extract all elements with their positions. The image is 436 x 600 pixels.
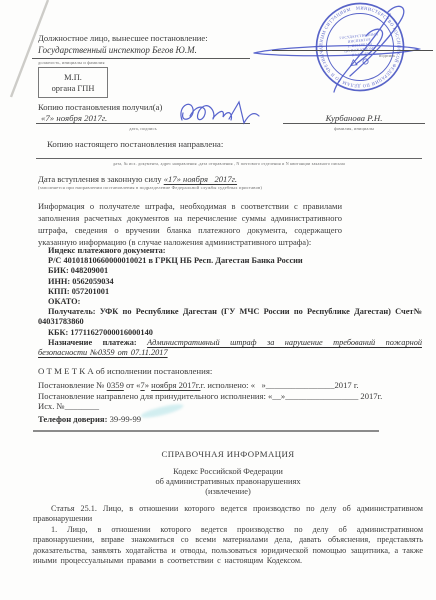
copy-sent-label: Копию настоящего постановления направлен… [47, 139, 223, 149]
signature-caption: подпись [379, 53, 395, 58]
exec-l1-month: ноября 2017г. [151, 380, 200, 390]
official-underline [32, 58, 250, 59]
payment-bik: БИК: 048209001 [38, 266, 422, 276]
reference-title: СПРАВОЧНАЯ ИНФОРМАЦИЯ [33, 449, 423, 459]
exec-l2-year: 2017г. [358, 391, 382, 401]
legal-force-line: Дата вступления в законную силу «17» ноя… [38, 174, 237, 184]
payment-kpp: КПП: 057201001 [38, 287, 422, 297]
legal-force-date: «17» ноября 2017г. [164, 174, 237, 184]
section-divider [33, 430, 379, 432]
reference-subtitle3: (извлечение) [33, 487, 423, 497]
copy-received-label: Копию постановления получил(а) [38, 102, 162, 112]
stamp-rings: МИНИСТЕРСТВО РОССИЙСКОЙ ФЕДЕРАЦИИ ПО ДЕЛ… [312, 0, 408, 95]
seal-box-line2: органа ГПН [52, 83, 95, 94]
payment-inn: ИНН: 0562059034 [38, 277, 422, 287]
copy-sent-caption: дата, № исх. документа, адрес направлени… [36, 161, 422, 166]
legal-force-label: Дата вступления в законную силу [38, 174, 162, 184]
exec-l1-seg: от « [124, 380, 141, 390]
exec-l2-seg: Постановление направлено для принудитель… [38, 391, 285, 401]
payment-kbk: КБК: 17711627000016000140 [38, 328, 422, 338]
payment-purpose-label: Назначение платежа: [48, 338, 137, 347]
name-underline [283, 123, 425, 124]
reference-article-body: 1. Лицо, в отношении которого ведется пр… [33, 525, 423, 567]
name-caption: фамилия, инициалы [283, 126, 425, 131]
official-caption: должность, инициалы и фамилия [38, 60, 105, 65]
phone-value: 39-99-99 [110, 414, 142, 424]
reference-section: СПРАВОЧНАЯ ИНФОРМАЦИЯ Кодекс Российской … [33, 449, 423, 566]
payment-purpose: Назначение платежа: Административный штр… [38, 338, 422, 358]
execution-title: О Т М Е Т К А об исполнении постановлени… [38, 366, 212, 376]
signature-line [272, 50, 433, 51]
execution-line2: Постановление направлено для принудитель… [38, 391, 382, 401]
payment-receiver: Получатель: УФК по Республике Дагестан (… [38, 307, 422, 327]
reference-subtitle2: об административных правонарушениях [33, 477, 423, 487]
reference-subtitle1: Кодекс Российской Федерации [33, 467, 423, 477]
copy-received-date: «7» ноября 2017г. [41, 113, 107, 123]
phone-line: Телефон доверия: 39-99-99 [38, 414, 141, 424]
document-page: Должностное лицо, вынесшее постановление… [0, 0, 436, 600]
official-name: Государственный инспектор Бегов Ю.М. [38, 45, 197, 55]
official-label: Должностное лицо, вынесшее постановление… [38, 33, 208, 43]
execution-line3: Исх. №________ [38, 401, 99, 411]
payment-okato: ОКАТО: [38, 297, 422, 307]
payment-requisites: Индекс платежного документа: Р/С 4010181… [38, 246, 422, 358]
seal-place-box: М.П. органа ГПН [38, 67, 108, 98]
exec-l1-number: 0359 [107, 380, 124, 390]
exec-l2-blank: _________________ [285, 391, 358, 401]
recipient-signature-icon [172, 94, 264, 134]
reference-article-heading: Статья 25.1. Лицо, в отношении которого … [33, 504, 423, 525]
seal-box-line1: М.П. [64, 72, 82, 83]
ink-smudge [140, 402, 185, 420]
phone-label: Телефон доверия: [38, 414, 107, 424]
exec-l1-seg: Постановление № [38, 380, 107, 390]
recipient-name: Курбанова Р.Н. [283, 113, 425, 123]
fine-info-paragraph: Информация о получателе штрафа, необходи… [38, 200, 342, 248]
exec-l1-seg: г. исполнено: « » [201, 380, 266, 390]
execution-line1: Постановление № 0359 от «7» ноября 2017г… [38, 380, 359, 390]
payment-index-label: Индекс платежного документа: [38, 246, 422, 256]
payment-account: Р/С 40101810660000010021 в ГРКЦ НБ Респ.… [38, 256, 422, 266]
copy-sent-line [36, 158, 422, 159]
exec-l1-year: 2017 г. [335, 380, 359, 390]
exec-l1-blank: ________________ [266, 380, 335, 390]
legal-force-caption: (заполняется при направлении постановлен… [38, 185, 262, 190]
